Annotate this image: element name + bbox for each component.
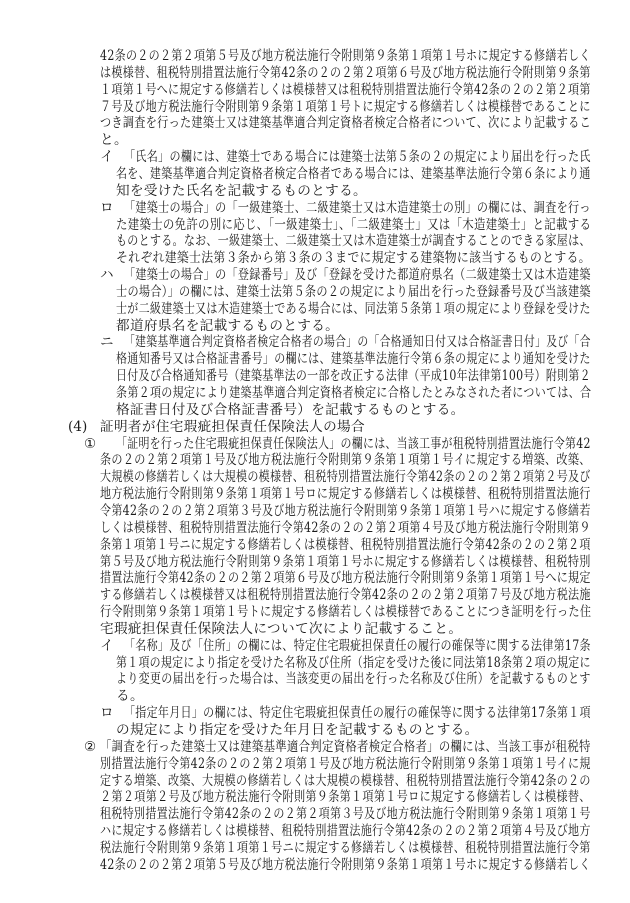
text-line: 42条の２の２第２項第５号及び地方税法施行令附則第９条第１項第１号ホに規定する修…	[100, 48, 591, 65]
text-line: 行令附則第９条第１項第１号トに規定する修繕若しくは模様替であることにつき証明を行…	[100, 604, 591, 621]
text-line: 「調査を行った建築士又は建築基準適合判定資格者検定合格者」の欄には、当該工事が租…	[100, 739, 591, 756]
list-marker: ニ	[100, 334, 114, 351]
text-line: する修繕若しくは模様替又は租税特別措置法施行令第42条の２の２第２項第７号及び地…	[100, 587, 591, 604]
text-line: ハに規定する修繕若しくは模様替、租税特別措置法施行令第42条の２の２第２項第４号…	[100, 823, 591, 840]
text-line: 措置法施行令第42条の２の２第２項第６号及び地方税法施行令附則第９条第１項第１号…	[100, 570, 591, 587]
text-line: 令第42条の２の２第２項第３号及び地方税法施行令附則第９条第１項第１号ハに規定す…	[100, 503, 591, 520]
text-line: 定する増築、改築、大規模の修繕若しくは大規模の模様替、租税特別措置法施行令第42…	[100, 773, 591, 790]
text-line: た建築士の免許の別に応じ、「一級建築士」、「二級建築士」又は「木造建築士」と記載…	[116, 217, 591, 234]
text-line: ７号及び地方税法施行令附則第９条第１項第１号トに規定する修繕若しくは模様替である…	[100, 99, 591, 116]
list-marker: イ	[100, 149, 114, 166]
text-line: 「指定年月日」の欄には、特定住宅瑕疵担保責任の履行の確保等に関する法律第17条第…	[124, 705, 591, 722]
text-line: ２第２項第２号及び地方税法施行令附則第９条第１項第１号ロに規定する修繕若しくは模…	[100, 789, 591, 806]
text-line: より変更の届出を行った場合は、当該変更の届出を行った名称及び住所）を記載するもの…	[116, 671, 591, 688]
text-line: 士の場合）」の欄には、建築士法第５条の２の規定により届出を行った登録番号及び当該…	[116, 284, 591, 301]
text-line: 知を受けた氏名を記載するものとする。	[116, 183, 367, 200]
text-line: 税法施行令附則第９条第１項第１号ニに規定する修繕若しくは模様替、租税特別措置法施…	[100, 840, 591, 857]
list-marker: (4)	[68, 419, 87, 436]
text-line: と。	[100, 132, 128, 149]
text-line: 格通知番号又は合格証書番号」の欄には、建築基準法施行令第６条の規定により通知を受…	[116, 351, 591, 368]
text-line: 42条の２の２第２項第５号及び地方税法施行令附則第９条第１項第１号ホに規定する修…	[100, 857, 591, 874]
text-line: １項第１号へに規定する修繕若しくは模様替又は租税特別措置法施行令第42条の２の２…	[100, 82, 591, 99]
text-line: 名を、建築基準適合判定資格者検定合格者である場合には、建築基準法施行令第６条によ…	[116, 166, 591, 183]
text-line: ものとする。なお、一級建築士、二級建築士又は木造建築士が調査することのできる家屋…	[116, 233, 591, 250]
list-marker: ハ	[100, 267, 114, 284]
text-line: 「名称」及び「住所」の欄には、特定住宅瑕疵担保責任の履行の確保等に関する法律第1…	[124, 638, 591, 655]
list-marker: ロ	[100, 200, 114, 217]
text-line: 「証明を行った住宅瑕疵担保責任保険法人」の欄には、当該工事が租税特別措置法施行令…	[116, 436, 591, 453]
text-line: 第１項の規定により指定を受けた名称及び住所（指定を受けた後に同法第18条第２項の…	[116, 655, 591, 672]
text-line: 「建築士の場合」の「登録番号」及び「登録を受けた都道府県名（二級建築士又は木造建…	[124, 267, 591, 284]
text-line: 租税特別措置法施行令第42条の２の２第２項第３号及び地方税法施行令附則第９条第１…	[100, 806, 591, 823]
text-line: 大規模の修繕若しくは大規模の模様替、租税特別措置法施行令第42条の２の２第２項第…	[100, 469, 591, 486]
text-line: つき調査を行った建築士又は建築基準適合判定資格者検定合格者について、次により記載…	[100, 115, 591, 132]
text-line: 条の２の２第２項第１号及び地方税法施行令附則第９条第１項第１号イに規定する増築、…	[100, 452, 591, 469]
text-line: 「建築士の場合」の「一級建築士、二級建築士又は木造建築士の別」の欄には、調査を行…	[124, 200, 591, 217]
list-marker: イ	[100, 638, 114, 655]
text-line: 証明者が住宅瑕疵担保責任保険法人の場合	[100, 419, 365, 436]
text-line: 士が二級建築士又は木造建築士である場合には、同法第５条第１項の規定により登録を受…	[116, 301, 591, 318]
text-line: 格証書日付及び合格証書番号）を記載するものとする。	[116, 402, 465, 419]
text-line: 日付及び合格通知番号（建築基準法の一部を改正する法律（平成10年法律第100号）…	[116, 368, 591, 385]
text-line: は模様替、租税特別措置法施行令第42条の２の２第２項第６号及び地方税法施行令附則…	[100, 65, 591, 82]
text-line: 別措置法施行令第42条の２の２第２項第１号及び地方税法施行令附則第９条第１項第１…	[100, 756, 591, 773]
text-line: 「建築基準適合判定資格者検定合格者の場合」の「合格通知日付又は合格証書日付」及び…	[124, 334, 591, 351]
text-line: 都道府県名を記載するものとする。	[116, 318, 339, 335]
text-line: る。	[116, 688, 144, 705]
list-marker: ②	[84, 739, 96, 756]
text-line: 地方税法施行令附則第９条第１項第１号ロに規定する修繕若しくは模様替、租税特別措置…	[100, 486, 591, 503]
list-marker: ①	[84, 436, 96, 453]
text-line: 「氏名」の欄には、建築士である場合には建築士法第５条の２の規定により届出を行った…	[124, 149, 591, 166]
text-line: それぞれ建築士法第３条から第３条の３までに規定する建築物に該当するものとする。	[116, 250, 591, 267]
text-line: 第５号及び地方税法施行令附則第９条第１項第１号ホに規定する修繕若しくは模様替、租…	[100, 554, 591, 571]
text-line: の規定により指定を受けた年月日を記載するものとする。	[116, 722, 479, 739]
text-line: 条第１項第１号ニに規定する修繕若しくは模様替、租税特別措置法施行令第42条の２の…	[100, 537, 591, 554]
text-line: 宅瑕疵担保責任保険法人について次により記載すること。	[100, 621, 462, 638]
text-line: しくは模様替、租税特別措置法施行令第42条の２の２第２項第４号及び地方税法施行令…	[100, 520, 591, 537]
text-line: 条第２項の規定により建築基準適合判定資格者検定に合格したとみなされた者については…	[116, 385, 591, 402]
list-marker: ロ	[100, 705, 114, 722]
